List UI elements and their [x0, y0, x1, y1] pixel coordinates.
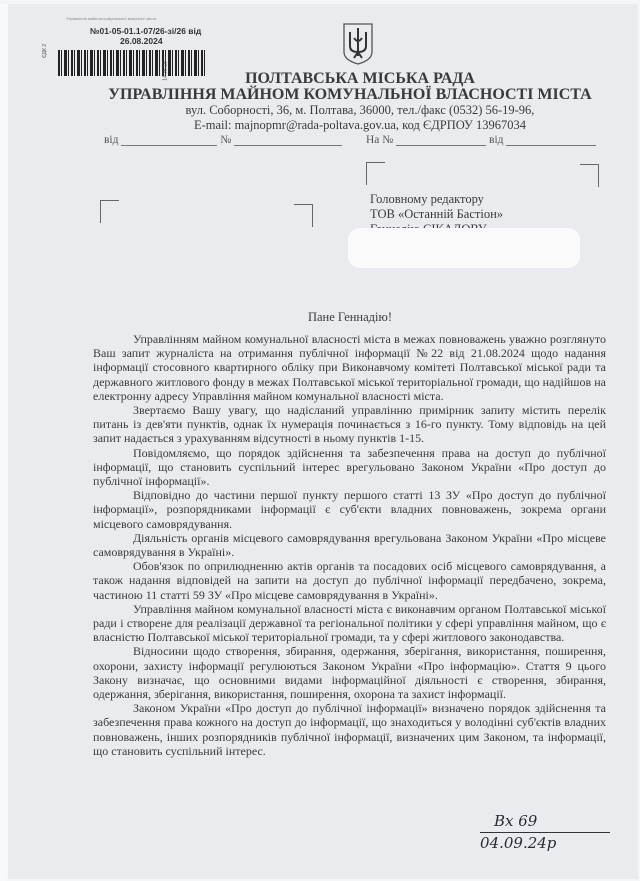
- stamp-registration-date: 26.08.2024: [120, 36, 163, 46]
- trident-coat-of-arms-icon: [342, 22, 374, 66]
- paragraph: Діяльність органів місцевого самоврядува…: [93, 531, 606, 559]
- incoming-date: 04.09.24р: [480, 832, 610, 852]
- incoming-number: Вх 69: [480, 812, 610, 830]
- outgoing-reference: від №: [104, 134, 342, 146]
- paragraph: Законом України «Про доступ до публічної…: [93, 701, 606, 758]
- address-corner-mark: [100, 200, 119, 223]
- ref-no-label: №: [220, 134, 231, 146]
- paragraph: Управління майном комунальної власності …: [93, 602, 606, 645]
- paragraph: Обов'язок по оприлюдненню актів органів …: [93, 559, 606, 602]
- ref-to-date-blank: [506, 135, 596, 146]
- redacted-area: [348, 228, 580, 268]
- department-name: УПРАВЛІННЯ МАЙНОМ КОМУНАЛЬНОЇ ВЛАСНОСТІ …: [0, 86, 640, 104]
- handwritten-registration-note: Вх 69 04.09.24р: [480, 812, 610, 852]
- letter-body: Управлінням майном комунальної власності…: [93, 332, 606, 758]
- department-address: вул. Соборності, 36, м. Полтава, 36000, …: [0, 103, 640, 118]
- address-corner-mark: [366, 162, 385, 185]
- addressee-position: Головному редактору: [370, 192, 503, 207]
- ref-date-blank: [121, 135, 217, 146]
- stamp-organization: Управління майном комунальної власності …: [66, 16, 156, 21]
- greeting: Пане Геннадію!: [0, 310, 640, 325]
- ref-to-number-blank: [396, 135, 486, 146]
- paragraph: Повідомляємо, що порядок здійснення та з…: [93, 446, 606, 489]
- addressee-company: ТОВ «Останній Бастіон»: [370, 207, 503, 222]
- paragraph: Управлінням майном комунальної власності…: [93, 332, 606, 403]
- ref-from-label: від: [104, 134, 118, 146]
- paragraph: Звертаємо Вашу увагу, що надісланий упра…: [93, 403, 606, 446]
- address-corner-mark: [580, 164, 599, 187]
- incoming-reference: На № від: [366, 134, 596, 146]
- stamp-side-code: ЄДК 2: [42, 44, 48, 58]
- paragraph: Відносини щодо створення, збирання, одер…: [93, 644, 606, 701]
- address-corner-mark: [294, 204, 313, 227]
- department-contact: E-mail: majnopmr@rada-poltava.gov.ua, ко…: [0, 118, 640, 133]
- ref-number-blank: [234, 135, 342, 146]
- ref-to-no-label: На №: [366, 134, 393, 146]
- paragraph: Відповідно до частини першої пункту перш…: [93, 488, 606, 531]
- stamp-registration-number: №01-05-01.1-07/26-зі/26 від: [90, 26, 201, 36]
- ref-to-from-label: від: [489, 134, 503, 146]
